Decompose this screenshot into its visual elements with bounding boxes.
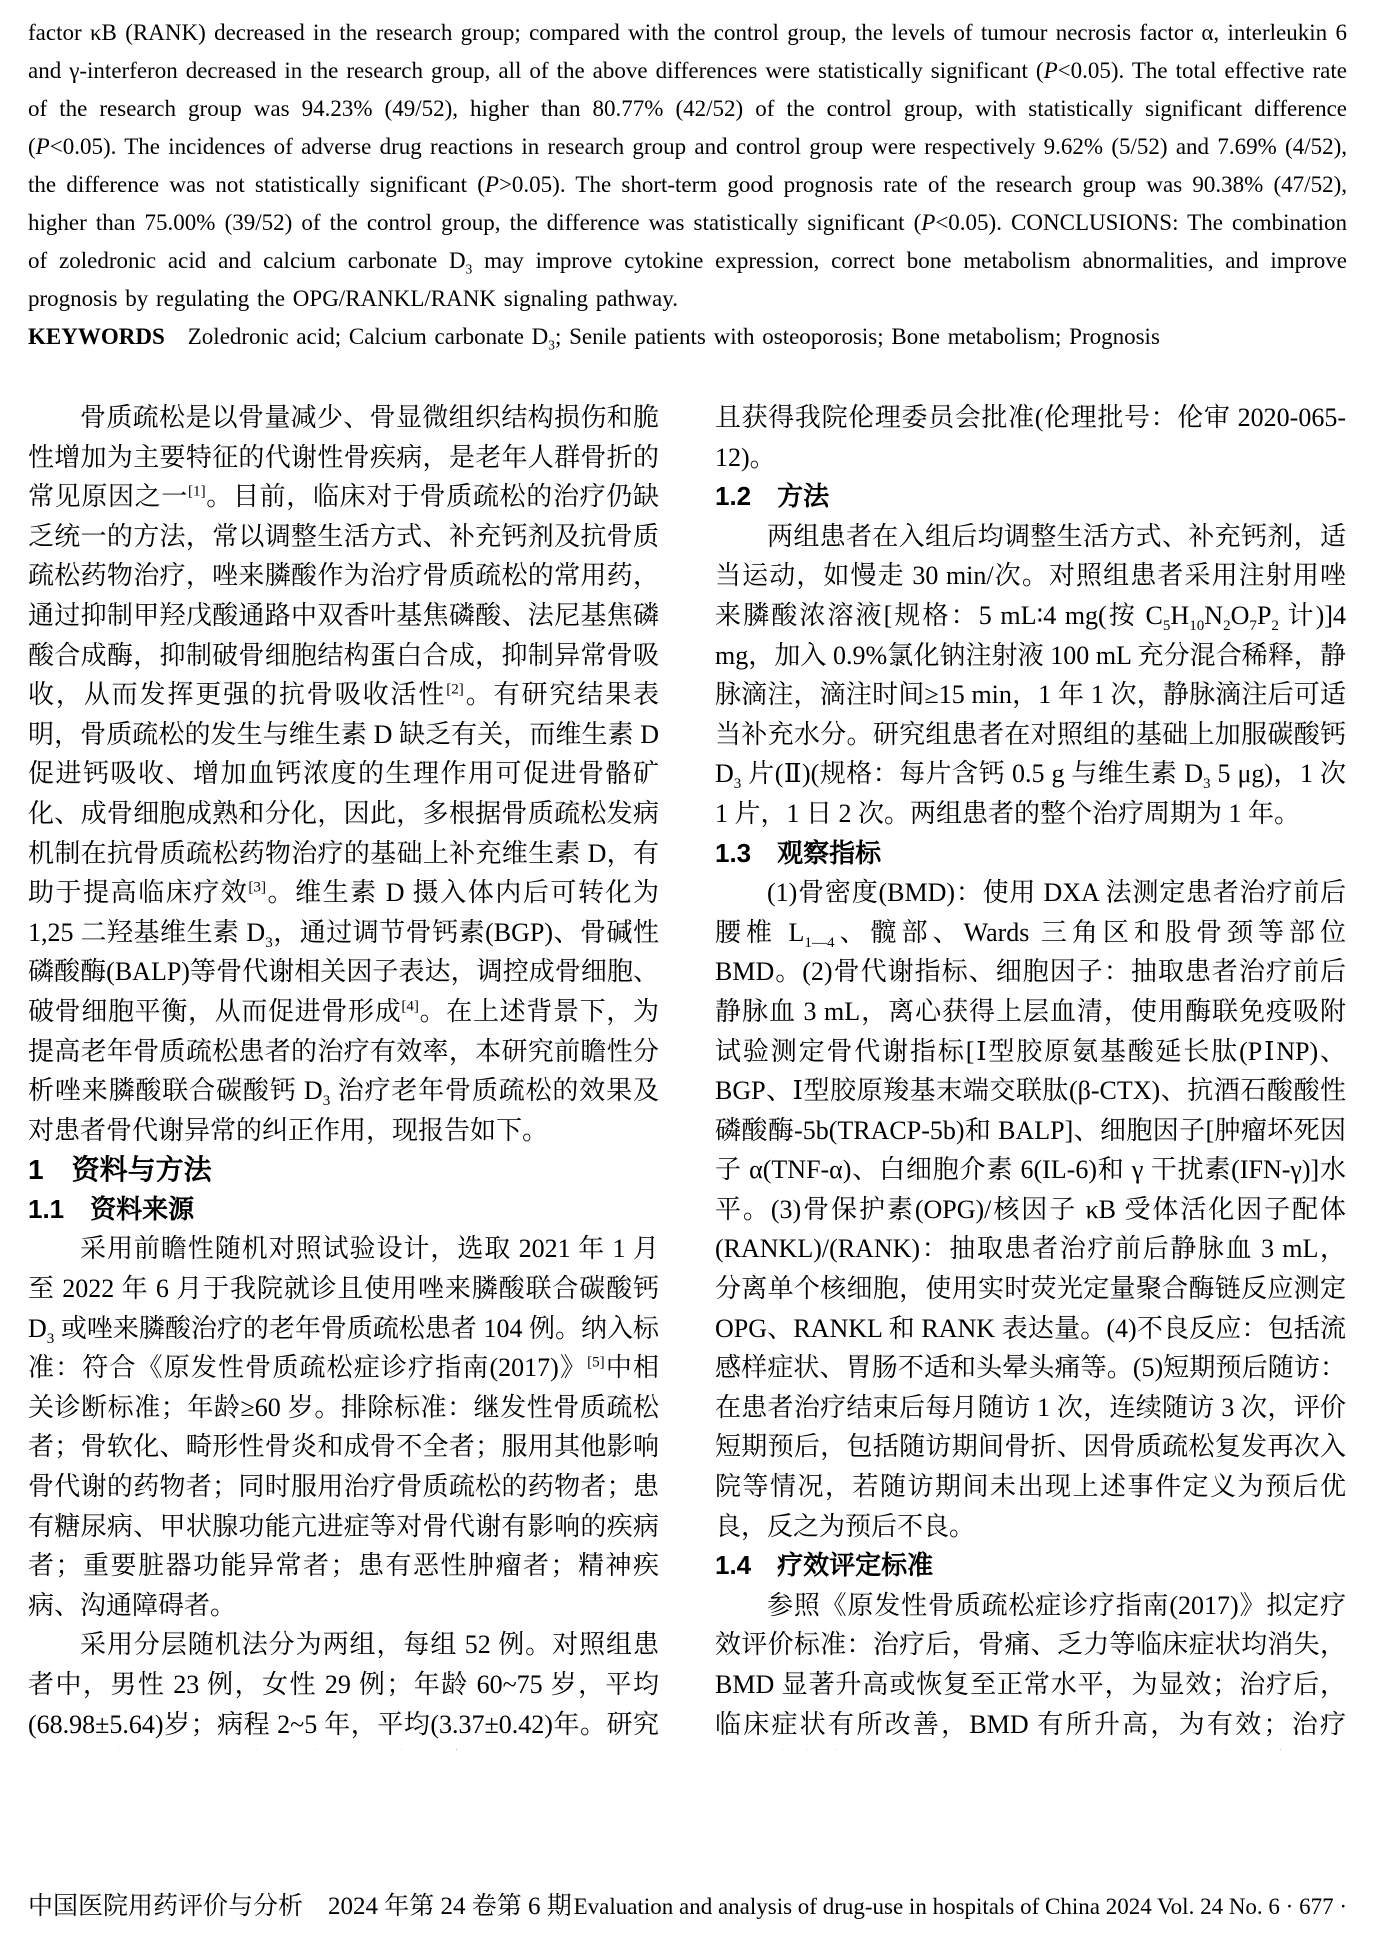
section-1-3-heading: 1.3 观察指标	[715, 834, 1346, 874]
right-column: 且获得我院伦理委员会批准(伦理批号：伦审 2020-065-12)。 1.2 方…	[715, 398, 1346, 1750]
page-footer: 中国医院用药评价与分析 2024 年第 24 卷第 6 期 Evaluation…	[28, 1886, 1347, 1922]
footer-journal-cn: 中国医院用药评价与分析 2024 年第 24 卷第 6 期	[28, 1886, 572, 1922]
methods-paragraph: 两组患者在入组后均调整生活方式、补充钙剂，适当运动，如慢走 30 min/次。对…	[715, 517, 1346, 834]
section-1-2-heading: 1.2 方法	[715, 477, 1346, 517]
section-1-4-heading: 1.4 疗效评定标准	[715, 1546, 1346, 1586]
efficacy-criteria-paragraph: 参照《原发性骨质疏松症诊疗指南(2017)》拟定疗效评价标准：治疗后，骨痛、乏力…	[715, 1586, 1346, 1750]
section-1-1-heading: 1.1 资料来源	[28, 1190, 659, 1230]
abstract-continuation-paragraph: factor κB (RANK) decreased in the resear…	[28, 14, 1347, 318]
abstract-section: factor κB (RANK) decreased in the resear…	[28, 14, 1347, 356]
section-1-heading: 1 资料与方法	[28, 1150, 659, 1190]
intro-paragraph: 骨质疏松是以骨量减少、骨显微组织结构损伤和脆性增加为主要特征的代谢性骨疾病，是老…	[28, 398, 659, 1150]
two-column-body: 骨质疏松是以骨量减少、骨显微组织结构损伤和脆性增加为主要特征的代谢性骨疾病，是老…	[28, 398, 1347, 1750]
keywords-paragraph: KEYWORDS Zoledronic acid; Calcium carbon…	[28, 318, 1347, 356]
left-column: 骨质疏松是以骨量减少、骨显微组织结构损伤和脆性增加为主要特征的代谢性骨疾病，是老…	[28, 398, 659, 1750]
footer-journal-en: Evaluation and analysis of drug-use in h…	[574, 1894, 1347, 1920]
observation-indicators-paragraph: (1)骨密度(BMD)：使用 DXA 法测定患者治疗前后腰椎 L1—4、髋部、W…	[715, 873, 1346, 1546]
journal-page: factor κB (RANK) decreased in the resear…	[0, 0, 1375, 1940]
data-source-paragraph-1: 采用前瞻性随机对照试验设计，选取 2021 年 1 月至 2022 年 6 月于…	[28, 1229, 659, 1625]
data-source-paragraph-2: 采用分层随机法分为两组，每组 52 例。对照组患者中，男性 23 例，女性 29…	[28, 1625, 659, 1750]
ethics-continuation-paragraph: 且获得我院伦理委员会批准(伦理批号：伦审 2020-065-12)。	[715, 398, 1346, 477]
